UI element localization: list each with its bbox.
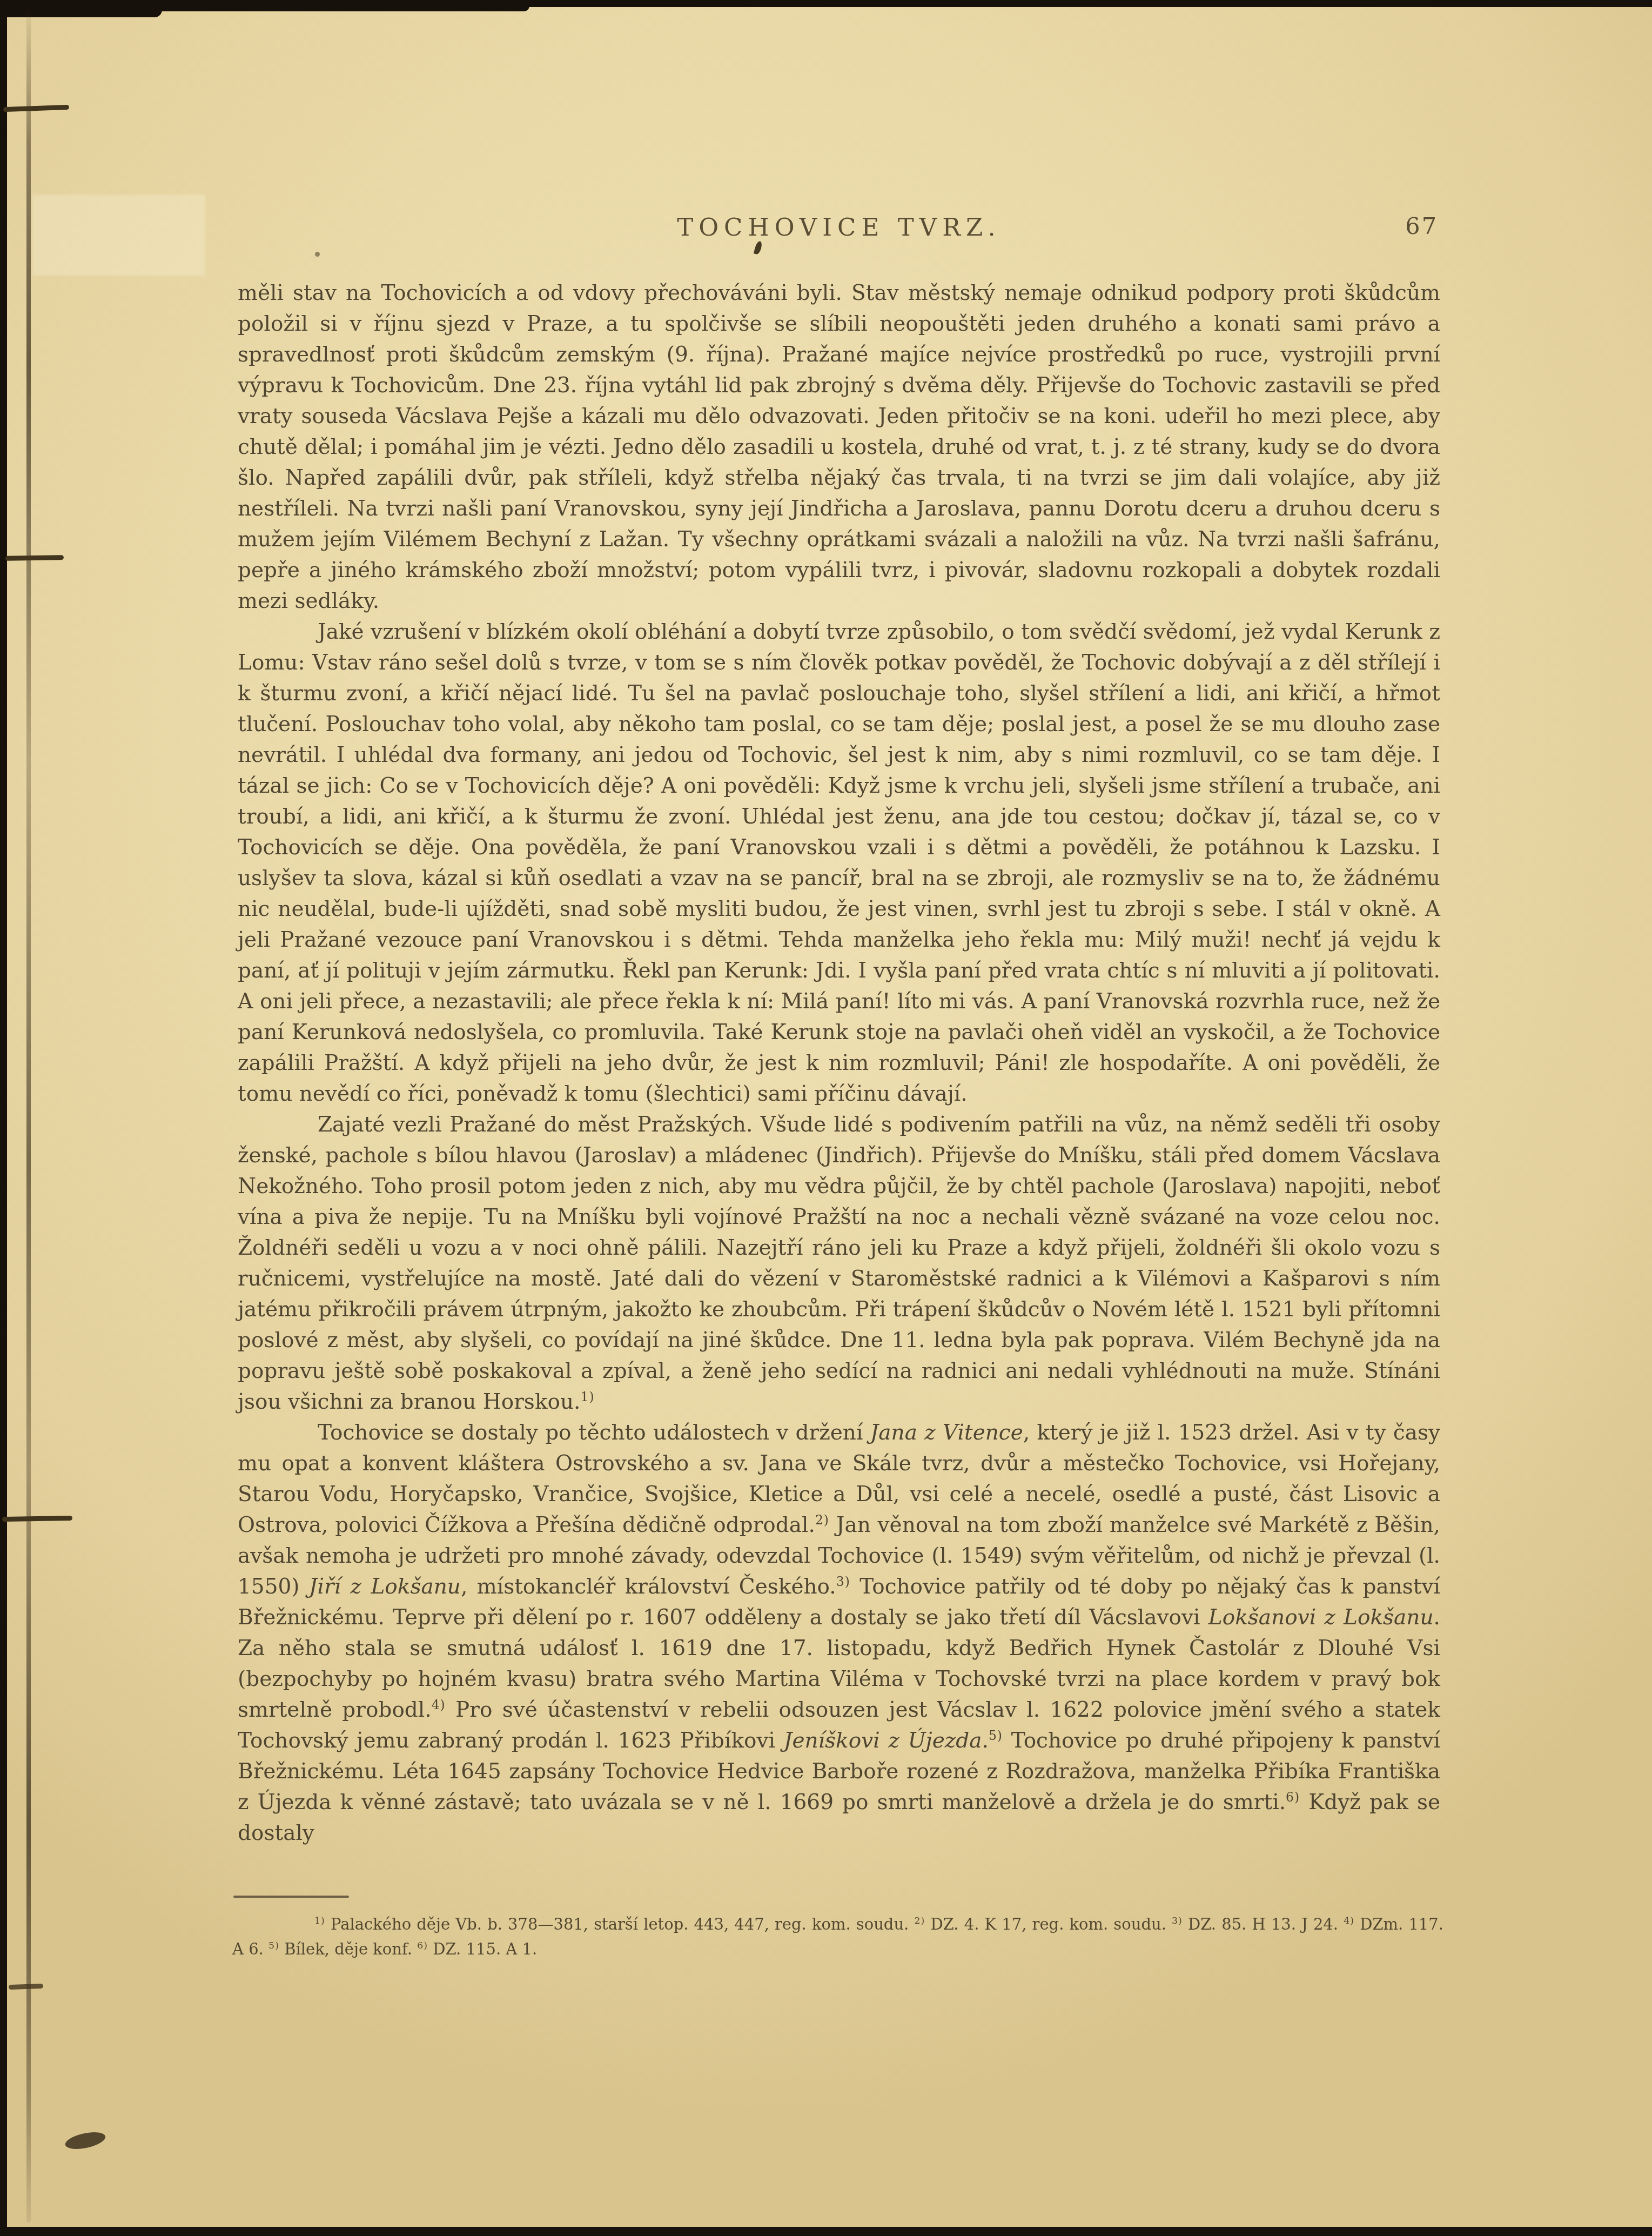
paragraph-2: Jaké vzrušení v blízkém okolí obléhání a… — [238, 617, 1440, 1109]
body-text: měli stav na Tochovicích a od vdovy přec… — [238, 278, 1440, 1849]
paragraph-1: měli stav na Tochovicích a od vdovy přec… — [238, 278, 1440, 617]
ink-blob — [64, 2129, 107, 2152]
scan-edge-bottom — [0, 2227, 1652, 2236]
ink-mark — [2, 1516, 72, 1522]
scanned-book-page: TOCHOVICE TVRZ. 67 měli stav na Tochovic… — [0, 0, 1652, 2236]
paper-smudge — [32, 195, 205, 276]
scan-edge-top-left-corner — [0, 0, 162, 17]
book-gutter-shadow — [26, 10, 31, 2222]
ink-mark — [5, 555, 64, 561]
footnote-rule — [233, 1896, 349, 1898]
ink-mark — [3, 105, 69, 112]
ink-mark — [9, 1984, 43, 1990]
footnotes-text: 1) Palackého děje Vb. b. 378—381, starší… — [232, 1912, 1443, 1961]
running-head: TOCHOVICE TVRZ. 67 — [238, 213, 1440, 245]
footnotes-block: 1) Palackého děje Vb. b. 378—381, starší… — [232, 1896, 1443, 1961]
paragraph-4: Tochovice se dostaly po těchto událostec… — [238, 1417, 1440, 1849]
paragraph-3: Zajaté vezli Pražané do měst Pražských. … — [238, 1109, 1440, 1417]
scan-edge-left — [0, 0, 7, 2236]
page-content: TOCHOVICE TVRZ. 67 měli stav na Tochovic… — [238, 213, 1440, 1849]
page-number: 67 — [1405, 213, 1438, 240]
page-title: TOCHOVICE TVRZ. — [238, 213, 1440, 242]
